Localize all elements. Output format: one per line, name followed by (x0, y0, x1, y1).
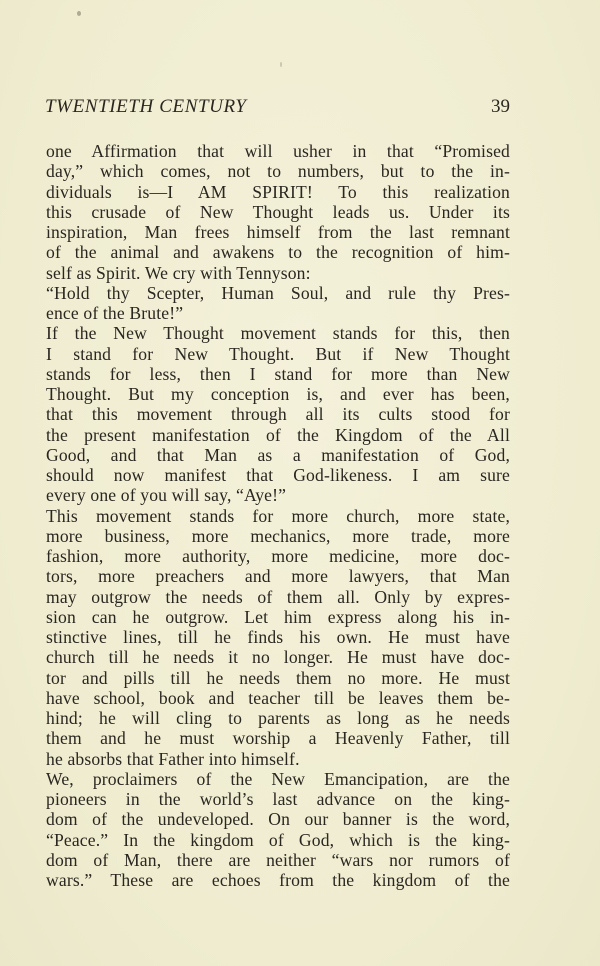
text-line: Thought. But my conception is, and ever … (46, 384, 510, 404)
text-line: pioneers in the world’s last advance on … (46, 789, 510, 809)
text-line: “Peace.” In the kingdom of God, which is… (46, 830, 510, 850)
text-line: We, proclaimers of the New Emancipation,… (46, 769, 510, 789)
text-line: he absorbs that Father into himself. (46, 749, 510, 769)
text-line: church till he needs it no longer. He mu… (46, 647, 510, 667)
text-line: stands for less, then I stand for more t… (46, 364, 510, 384)
text-line: have school, book and teacher till be le… (46, 688, 510, 708)
text-line: Good, and that Man as a manifestation of… (46, 445, 510, 465)
running-head-title: TWENTIETH CENTURY (45, 96, 246, 118)
text-line: day,” which comes, not to numbers, but t… (46, 161, 510, 181)
text-line: tors, more preachers and more lawyers, t… (46, 566, 510, 586)
text-line: I stand for New Thought. But if New Thou… (46, 344, 510, 364)
text-line: If the New Thought movement stands for t… (46, 323, 510, 343)
text-line: should now manifest that God-likeness. I… (46, 465, 510, 485)
text-line: wars.” These are echoes from the kingdom… (46, 870, 510, 890)
text-line: hind; he will cling to parents as long a… (46, 708, 510, 728)
text-line: stinctive lines, till he finds his own. … (46, 627, 510, 647)
text-line: This movement stands for more church, mo… (46, 506, 510, 526)
running-head: TWENTIETH CENTURY 39 (45, 96, 510, 118)
text-line: fashion, more authority, more medicine, … (46, 546, 510, 566)
text-line: of the animal and awakens to the recogni… (46, 242, 510, 262)
text-line: dom of Man, there are neither “wars nor … (46, 850, 510, 870)
paper-speck (77, 11, 81, 16)
text-line: every one of you will say, “Aye!” (46, 485, 510, 505)
text-line: this crusade of New Thought leads us. Un… (46, 202, 510, 222)
book-page: TWENTIETH CENTURY 39 one Affirmation tha… (0, 0, 600, 966)
text-line: one Affirmation that will usher in that … (46, 141, 510, 161)
text-line: “Hold thy Scepter, Human Soul, and rule … (46, 283, 510, 303)
body-text: one Affirmation that will usher in that … (46, 141, 510, 890)
paper-speck (280, 62, 282, 67)
text-line: them and he must worship a Heavenly Fath… (46, 728, 510, 748)
text-line: self as Spirit. We cry with Tennyson: (46, 263, 510, 283)
text-line: ence of the Brute!” (46, 303, 510, 323)
text-line: inspiration, Man frees himself from the … (46, 222, 510, 242)
text-line: sion can he outgrow. Let him express alo… (46, 607, 510, 627)
text-line: that this movement through all its cults… (46, 404, 510, 424)
text-line: dividuals is—I AM SPIRIT! To this realiz… (46, 182, 510, 202)
text-line: the present manifestation of the Kingdom… (46, 425, 510, 445)
text-line: dom of the undeveloped. On our banner is… (46, 809, 510, 829)
page-number: 39 (491, 96, 510, 118)
text-line: more business, more mechanics, more trad… (46, 526, 510, 546)
text-line: tor and pills till he needs them no more… (46, 668, 510, 688)
text-line: may outgrow the needs of them all. Only … (46, 587, 510, 607)
